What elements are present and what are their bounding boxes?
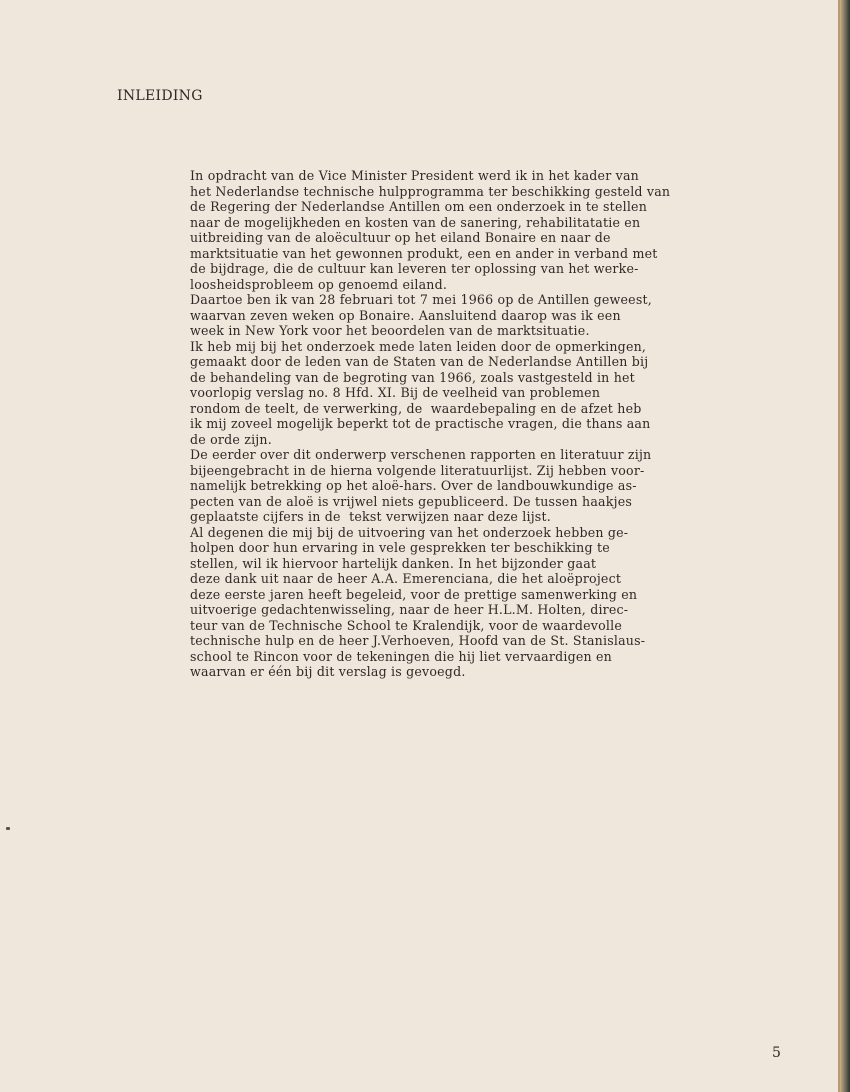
page-edge xyxy=(840,0,850,1092)
text-line: week in New York voor het beoordelen van… xyxy=(190,323,770,339)
text-line: geplaatste cijfers in de tekst verwijzen… xyxy=(190,509,770,525)
document-page: INLEIDING In opdracht van de Vice Minist… xyxy=(0,0,840,1092)
text-line: De eerder over dit onderwerp verschenen … xyxy=(190,447,770,463)
text-line: Al degenen die mij bij de uitvoering van… xyxy=(190,525,770,541)
text-line: waarvan zeven weken op Bonaire. Aansluit… xyxy=(190,308,770,324)
text-line: namelijk betrekking op het aloë-hars. Ov… xyxy=(190,478,770,494)
text-line: Ik heb mij bij het onderzoek mede laten … xyxy=(190,339,770,355)
text-line: gemaakt door de leden van de Staten van … xyxy=(190,354,770,370)
text-line: loosheidsprobleem op genoemd eiland. xyxy=(190,277,770,293)
text-line: uitbreiding van de aloëcultuur op het ei… xyxy=(190,230,770,246)
text-line: ik mij zoveel mogelijk beperkt tot de pr… xyxy=(190,416,770,432)
text-line: waarvan er één bij dit verslag is gevoeg… xyxy=(190,664,770,680)
text-line: school te Rincon voor de tekeningen die … xyxy=(190,649,770,665)
text-line: Daartoe ben ik van 28 februari tot 7 mei… xyxy=(190,292,770,308)
text-line: technische hulp en de heer J.Verhoeven, … xyxy=(190,633,770,649)
text-line: naar de mogelijkheden en kosten van de s… xyxy=(190,215,770,231)
scan-speck xyxy=(6,827,10,830)
text-line: deze dank uit naar de heer A.A. Emerenci… xyxy=(190,571,770,587)
body-text: In opdracht van de Vice Minister Preside… xyxy=(190,168,770,680)
text-line: het Nederlandse technische hulpprogramma… xyxy=(190,184,770,200)
text-line: de behandeling van de begroting van 1966… xyxy=(190,370,770,386)
text-line: de orde zijn. xyxy=(190,432,770,448)
section-heading: INLEIDING xyxy=(117,88,203,104)
text-line: bijeengebracht in de hierna volgende lit… xyxy=(190,463,770,479)
text-line: de bijdrage, die de cultuur kan leveren … xyxy=(190,261,770,277)
text-line: In opdracht van de Vice Minister Preside… xyxy=(190,168,770,184)
text-line: teur van de Technische School te Kralend… xyxy=(190,618,770,634)
page-number: 5 xyxy=(772,1045,781,1061)
text-line: rondom de teelt, de verwerking, de waard… xyxy=(190,401,770,417)
text-line: voorlopig verslag no. 8 Hfd. XI. Bij de … xyxy=(190,385,770,401)
text-line: holpen door hun ervaring in vele gesprek… xyxy=(190,540,770,556)
text-line: deze eerste jaren heeft begeleid, voor d… xyxy=(190,587,770,603)
text-line: uitvoerige gedachtenwisseling, naar de h… xyxy=(190,602,770,618)
text-line: de Regering der Nederlandse Antillen om … xyxy=(190,199,770,215)
text-line: stellen, wil ik hiervoor hartelijk danke… xyxy=(190,556,770,572)
text-line: marktsituatie van het gewonnen produkt, … xyxy=(190,246,770,262)
text-line: pecten van de aloë is vrijwel niets gepu… xyxy=(190,494,770,510)
